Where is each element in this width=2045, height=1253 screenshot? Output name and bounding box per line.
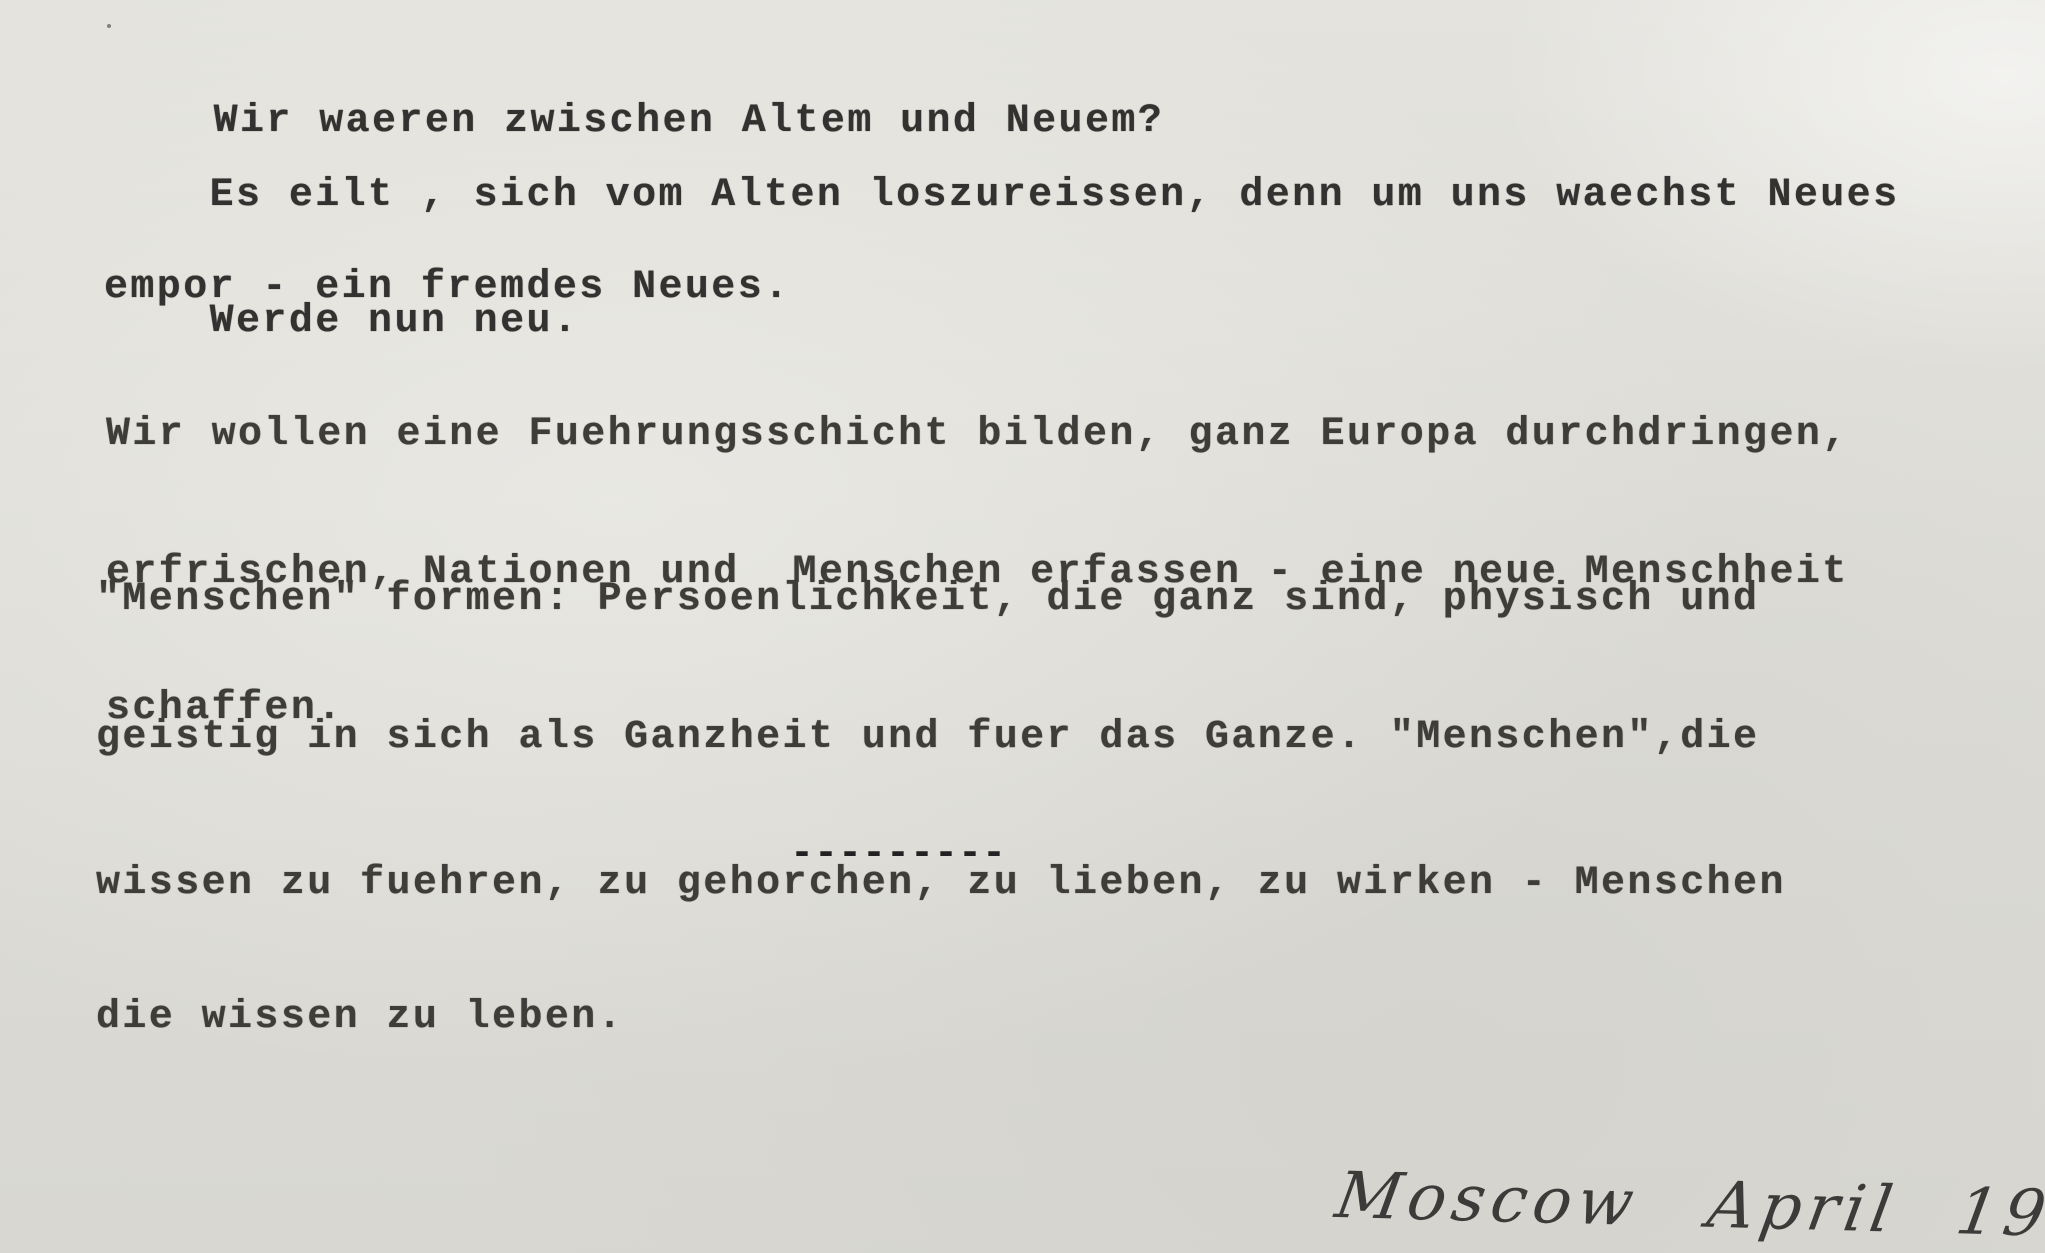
ink-speck [107, 24, 111, 28]
paragraph-form-people: "Menschen" formen: Persoenlichkeit, die … [96, 480, 1786, 1138]
text-line: "Menschen" formen: Persoenlichkeit, die … [96, 576, 1786, 624]
handwritten-place: Moscow [1330, 1159, 1644, 1241]
dashed-separator: --------- [790, 832, 1006, 877]
text-line: Es eilt , sich vom Alten loszureissen, d… [210, 173, 1900, 218]
text-line: die wissen zu leben. [96, 994, 1786, 1042]
text-line: geistig in sich als Ganzheit und fuer da… [96, 714, 1786, 762]
handwritten-year: 1949 [1951, 1175, 2045, 1253]
text-line: Wir wollen eine Fuehrungsschicht bilden,… [106, 411, 1849, 459]
handwritten-month: April [1702, 1169, 1903, 1248]
handwritten-place-date: MoscowApril1949 [1278, 1084, 2045, 1253]
